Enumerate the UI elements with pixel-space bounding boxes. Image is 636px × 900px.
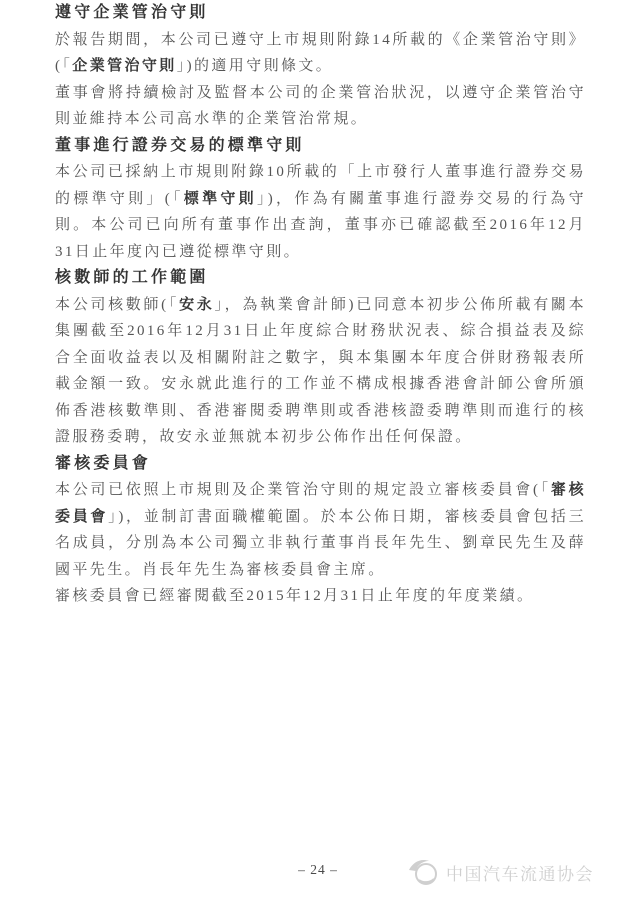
section-scope-of-auditor-work: 核數師的工作範圍 本公司核數師(「安永」，為執業會計師)已同意本初步公佈所載有關… bbox=[55, 265, 586, 451]
section-model-code: 董事進行證券交易的標準守則 本公司已採納上市規則附錄10所載的「上市發行人董事進… bbox=[55, 133, 586, 266]
document-content: 遵守企業管治守則 於報告期間，本公司已遵守上市規則附錄14所載的《企業管治守則》… bbox=[55, 0, 586, 610]
section-heading: 董事進行證券交易的標準守則 bbox=[55, 133, 586, 160]
section-heading: 遵守企業管治守則 bbox=[55, 0, 586, 27]
section-audit-committee: 審核委員會 本公司已依照上市規則及企業管治守則的規定設立審核委員會(「審核委員會… bbox=[55, 451, 586, 610]
watermark-text: 中国汽车流通协会 bbox=[446, 860, 594, 885]
paragraph: 於報告期間，本公司已遵守上市規則附錄14所載的《企業管治守則》(「企業管治守則」… bbox=[55, 27, 586, 80]
paragraph: 本公司已依照上市規則及企業管治守則的規定設立審核委員會(「審核委員會」)，並制訂… bbox=[55, 477, 586, 583]
section-corporate-governance-code: 遵守企業管治守則 於報告期間，本公司已遵守上市規則附錄14所載的《企業管治守則》… bbox=[55, 0, 586, 133]
paragraph: 本公司已採納上市規則附錄10所載的「上市發行人董事進行證券交易的標準守則」(「標… bbox=[55, 159, 586, 265]
cada-globe-swoosh-icon bbox=[407, 856, 441, 888]
section-heading: 核數師的工作範圍 bbox=[55, 265, 586, 292]
section-heading: 審核委員會 bbox=[55, 451, 586, 478]
paragraph: 本公司核數師(「安永」，為執業會計師)已同意本初步公佈所載有關本集團截至2016… bbox=[55, 292, 586, 451]
paragraph: 董事會將持續檢討及監督本公司的企業管治狀況，以遵守企業管治守則並維持本公司高水準… bbox=[55, 80, 586, 133]
paragraph: 審核委員會已經審閱截至2015年12月31日止年度的年度業績。 bbox=[55, 583, 586, 610]
document-page: 遵守企業管治守則 於報告期間，本公司已遵守上市規則附錄14所載的《企業管治守則》… bbox=[0, 0, 636, 900]
watermark: 中国汽车流通协会 bbox=[407, 856, 594, 888]
